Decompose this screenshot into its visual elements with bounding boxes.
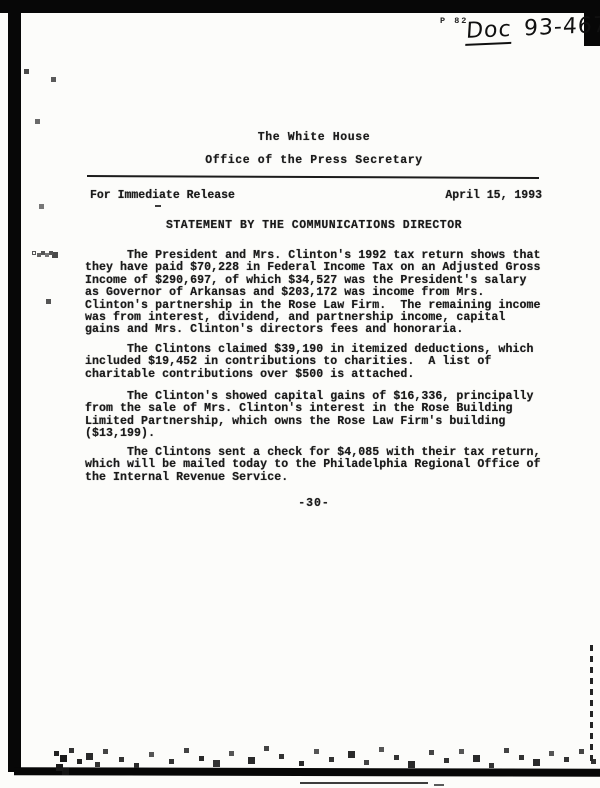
handwritten-doc-number: Doc 93-4670 — [465, 13, 596, 46]
scanned-page: P 82 Doc 93-4670 The White House Office … — [0, 0, 600, 788]
paragraph-check-mailed: The Clintons sent a check for $4,085 wit… — [85, 447, 543, 484]
header-org: The White House — [85, 131, 543, 144]
fax-page-label: P 82 — [440, 16, 468, 26]
statement-headline: STATEMENT BY THE COMMUNICATIONS DIRECTOR — [85, 219, 543, 232]
paragraph-deductions: The Clintons claimed $39,190 in itemized… — [85, 344, 543, 381]
header-office: Office of the Press Secretary — [85, 154, 543, 167]
header-divider-rule — [87, 175, 539, 179]
handwritten-doc-digits: 93-4670 — [523, 12, 600, 41]
margin-scribble-mark — [33, 252, 35, 254]
scan-edge-dashed-line — [590, 645, 593, 763]
scan-border-top — [0, 0, 600, 13]
stray-ink-dash — [155, 205, 161, 207]
scan-bottom-artifact-dash — [434, 784, 444, 786]
scan-border-left — [8, 4, 21, 772]
scan-border-bottom — [14, 767, 600, 777]
paragraph-capital-gains: The Clinton's showed capital gains of $1… — [85, 391, 543, 441]
release-label: For Immediate Release — [90, 189, 235, 202]
scan-noise-speckles — [0, 0, 3, 3]
scan-bottom-artifact-line — [300, 782, 428, 784]
release-date: April 15, 1993 — [445, 189, 542, 202]
paragraph-tax-return: The President and Mrs. Clinton's 1992 ta… — [85, 250, 543, 337]
release-line: For Immediate Release April 15, 1993 — [90, 189, 542, 202]
end-mark: -30- — [85, 497, 543, 510]
handwritten-doc-word: Doc — [465, 17, 512, 46]
